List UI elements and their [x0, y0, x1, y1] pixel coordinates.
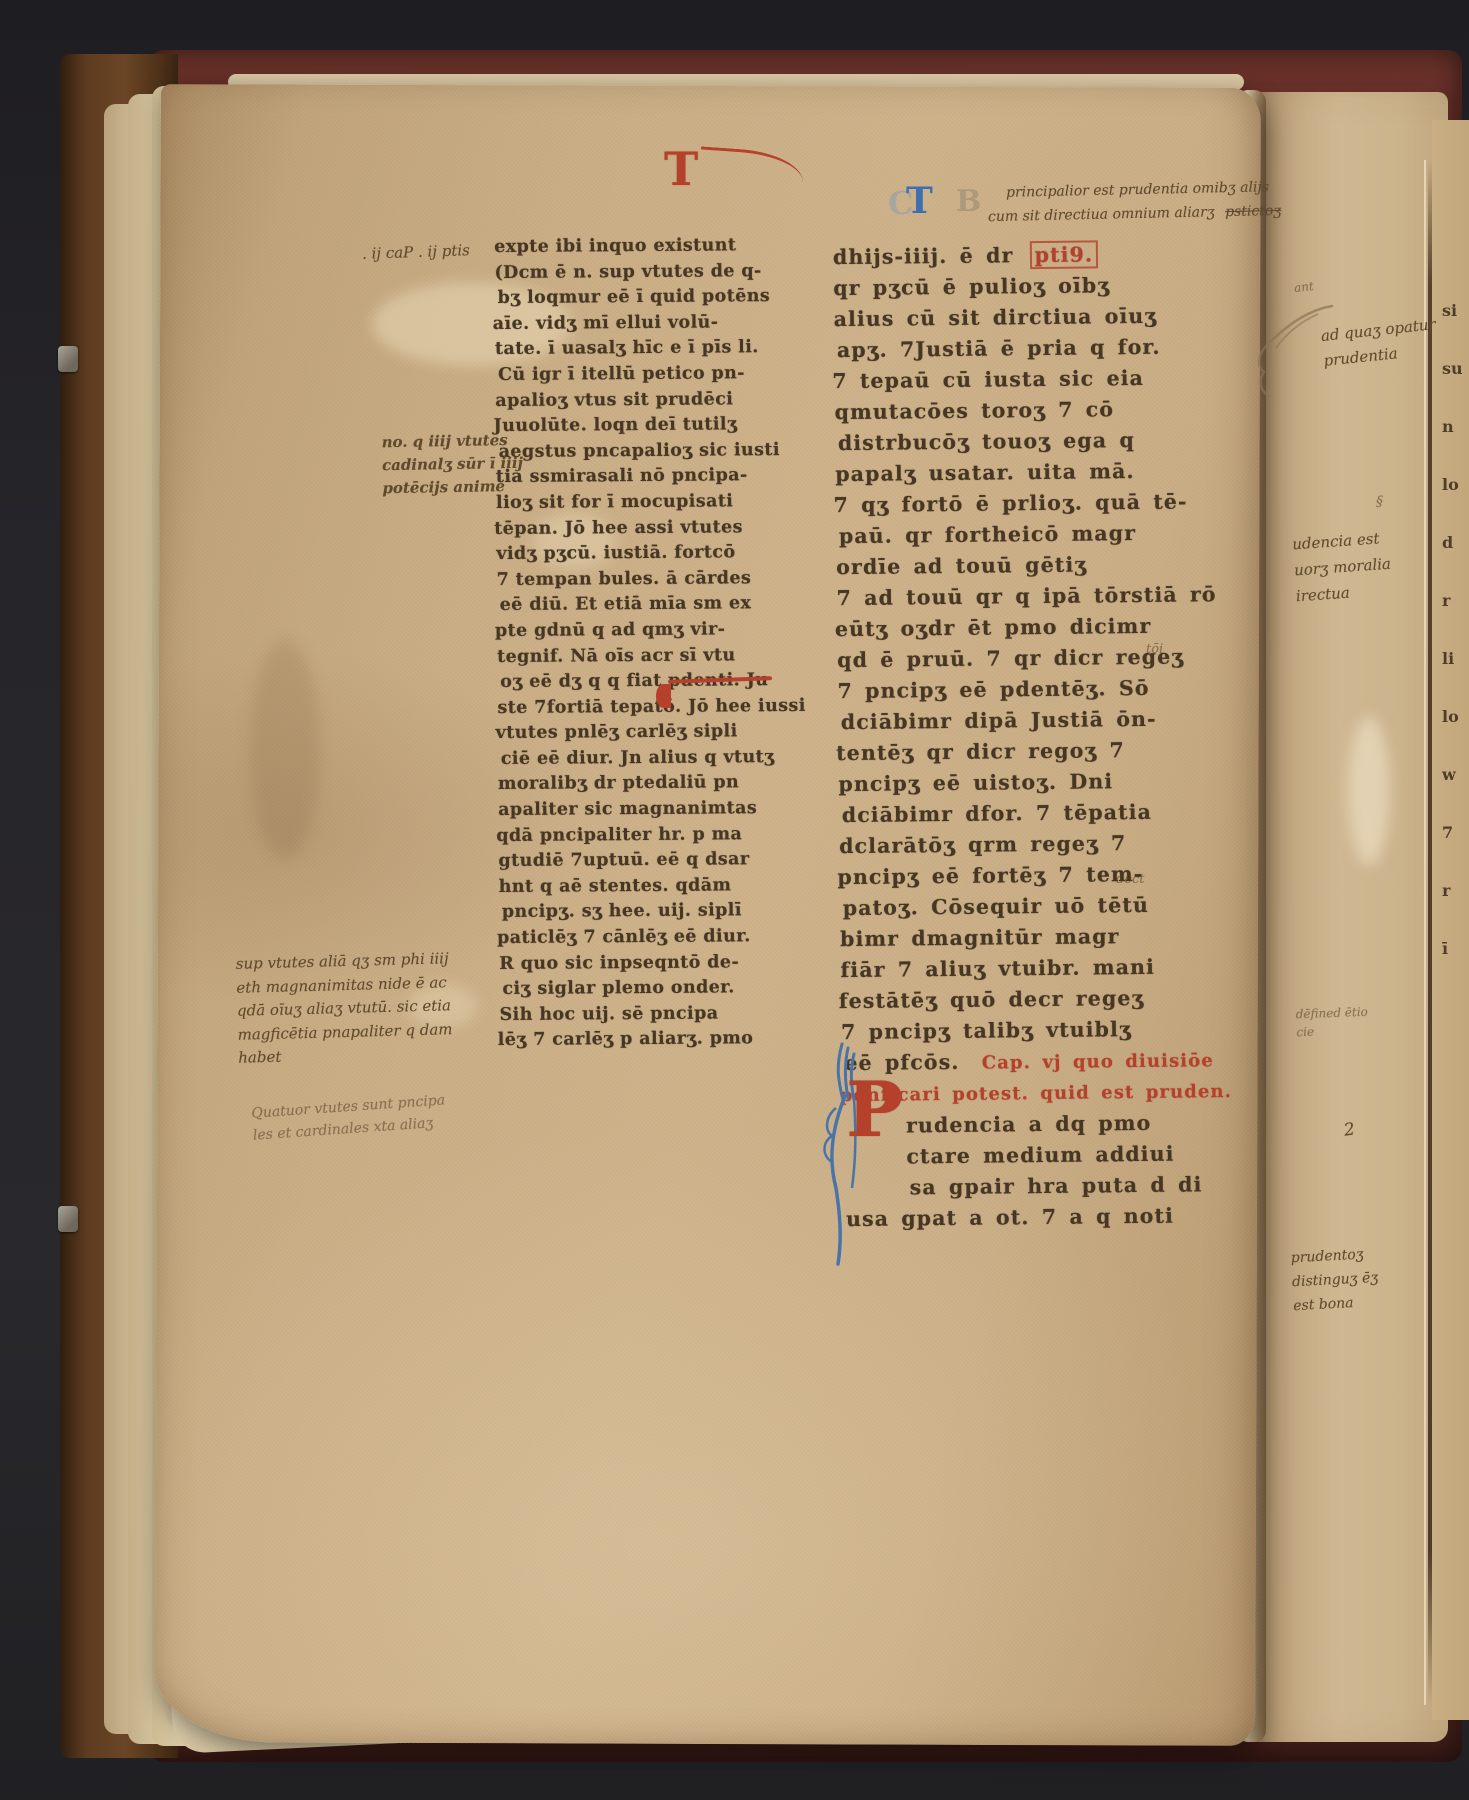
text-line: sa gpair hra puta d di: [846, 1169, 1253, 1204]
gloss-left-b: sup vtutes aliā qʒ sm phi iiijeth magnan…: [235, 947, 453, 1070]
text-line: alius cū sit dirctiua oīuʒ: [833, 300, 1243, 335]
text-line: expte ibi inquo existunt: [494, 233, 786, 261]
gloss-line: dēfined ētio: [1295, 1003, 1368, 1024]
gloss-right-2: udencia estuorʒ moraliairectua: [1291, 525, 1393, 610]
text-line: apʒ. 7Justiā ē pria q for.: [837, 331, 1244, 366]
strip-letter: d: [1442, 514, 1463, 572]
text-line: dciābimr dipā Justiā ōn-: [841, 703, 1248, 738]
strip-letter: r: [1442, 572, 1463, 630]
text-line: 7 tepaū cū iusta sic eia: [832, 362, 1244, 397]
text-line: bimr dmagnitūr magr: [840, 920, 1250, 955]
text-line: Cū igr ī itellū petico pn-: [498, 361, 787, 389]
text-line: qmutacōes toroʒ 7 cō: [834, 393, 1244, 428]
text-line: 7 qʒ fortō ē prlioʒ. quā tē-: [833, 486, 1245, 521]
ghost-initial-right: B: [956, 184, 981, 219]
gloss-right-3: dēfined ētiocie: [1295, 1003, 1368, 1041]
text-line: lioʒ sit for ī mocupisati: [496, 489, 788, 517]
text-line: papalʒ usatar. uita mā.: [835, 455, 1245, 490]
text-line: 7 tempan bules. ā cārdes: [496, 566, 788, 594]
text-line: 7 pncipʒ eē pdentēʒ. Sō: [837, 672, 1247, 707]
prudencia-paragraph: rudencia a dq pmoctare medium addiuisa g…: [842, 1107, 1253, 1204]
text-line: 7 pncipʒ talibʒ vtuiblʒ: [841, 1013, 1251, 1048]
strip-letter: 7: [1442, 804, 1463, 862]
text-line: tentēʒ qr dicr regoʒ 7: [836, 734, 1248, 769]
metal-clasp: [58, 1206, 78, 1232]
page-edge-highlight: [1424, 160, 1426, 1705]
gloss-line: est bona: [1293, 1290, 1380, 1318]
text-line: ctare medium addiui: [842, 1138, 1252, 1173]
text-line: aīe. vidʒ mī ellui volū-: [493, 310, 787, 338]
blue-header-initial: T: [906, 180, 933, 222]
gloss-right-4: prudentoʒdistinguʒ ēʒest bona: [1290, 1242, 1380, 1318]
gloss-line: distinguʒ ēʒ: [1291, 1266, 1378, 1294]
text-line: vidʒ pʒcū. iustiā. fortcō: [496, 540, 788, 568]
strip-letter: w: [1442, 746, 1463, 804]
column2-body: qr pʒcū ē pulioʒ oībʒalius cū sit dircti…: [833, 269, 1251, 1048]
text-line: fiār 7 aliuʒ vtuibr. mani: [840, 951, 1250, 986]
text-line: tate. ī uasalʒ hīc e ī pīs li.: [495, 335, 787, 363]
strip-letter: r: [1442, 862, 1463, 920]
text-line: lēʒ 7 carlēʒ p aliarʒ. pmo: [498, 1026, 792, 1054]
text-line: vtutes pnlēʒ carlēʒ sipli: [496, 719, 790, 747]
page-edge-line: [1428, 160, 1432, 1705]
text-line: pncipʒ. sʒ hee. uij. siplī: [502, 898, 791, 926]
text-line: apalioʒ vtus sit prudēci: [495, 387, 787, 415]
text-line: bʒ loqmur eē ī quid potēns: [498, 284, 787, 312]
text-line: Juuolūte. loqn deī tutilʒ: [493, 412, 787, 440]
parchment-stain: [250, 640, 320, 860]
text-line: paū. qr fortheicō magr: [839, 517, 1246, 552]
text-line: 7 ad touū qr q ipā tōrstiā rō: [836, 579, 1246, 614]
text-line: usa gpat a ot. 7 a q noti: [846, 1200, 1253, 1235]
strip-letter: n: [1442, 398, 1463, 456]
text-line: distrbucōʒ touoʒ ega q: [838, 424, 1245, 459]
text-line: R quo sic inpseqntō de-: [499, 950, 791, 978]
red-boxed-word: pti9.: [1030, 240, 1099, 269]
chapter-note: . ij caP . ij ptis: [362, 241, 470, 263]
text-line: aegstus pncapalioʒ sic iusti: [499, 438, 788, 466]
text-line: dciābimr dfor. 7 tēpatia: [842, 796, 1249, 831]
photograph-background: T C T B principalior est prudentia omibʒ…: [0, 0, 1469, 1800]
red-paraph-icon: [656, 684, 671, 708]
rubric-inline: Cap. vj quo diuisiōe: [982, 1050, 1214, 1073]
text-line: ciʒ siglar plemo onder.: [502, 975, 791, 1003]
text-column-1: expte ibi inquo existunt(Dcm ē n. sup vt…: [494, 233, 792, 1054]
truncated-text-strip: sisunlodrlilow7rī: [1442, 282, 1463, 978]
text-line: hnt q aē stentes. qdām: [499, 873, 791, 901]
strip-letter: lo: [1442, 456, 1463, 514]
red-drop-cap: P: [846, 1072, 903, 1148]
text-line-with-rubric: eē pfcōs. Cap. vj quo diuisiōe: [844, 1044, 1251, 1080]
section-mark: §: [1376, 494, 1383, 510]
gloss-line: cie: [1296, 1021, 1369, 1042]
text-line: pte gdnū q ad qmʒ vir-: [495, 617, 789, 645]
text-line: festātēʒ quō decr regeʒ: [839, 982, 1251, 1017]
text-line: tēpan. Jō hee assi vtutes: [494, 515, 788, 543]
text-line: qdā pncipaliter hr. p ma: [496, 822, 790, 850]
text-line: oʒ eē dʒ q q fiat pdenti. Ju: [500, 668, 789, 696]
figure-mark: 2: [1343, 1119, 1357, 1140]
text-span: dhijs-iiij. ē dr: [833, 243, 1014, 269]
metal-clasp: [58, 346, 78, 372]
text-line: eūtʒ oʒdr ēt pmo dicimr: [835, 610, 1247, 645]
strip-letter: ī: [1442, 920, 1463, 978]
text-line: dhijs-iiij. ē dr pti9.: [833, 238, 1243, 273]
text-line: gtudiē 7uptuū. eē q dsar: [498, 847, 790, 875]
text-line: paticlēʒ 7 cānlēʒ eē diur.: [497, 924, 791, 952]
strip-letter: su: [1442, 340, 1463, 398]
text-line: rudencia a dq pmo: [842, 1107, 1252, 1142]
strip-letter: si: [1442, 282, 1463, 340]
red-header-initial: T: [664, 142, 698, 196]
text-line: patoʒ. Cōsequir uō tētū: [843, 889, 1250, 924]
text-line: ciē eē diur. Jn alius q vtutʒ: [501, 745, 790, 773]
text-line: eē diū. Et etiā mīa sm ex: [500, 591, 789, 619]
text-line: ordīe ad touū gētiʒ: [836, 548, 1246, 583]
text-line: tia ssmirasali nō pncipa-: [496, 463, 788, 491]
text-line: tegnif. Nā oīs acr sī vtu: [497, 642, 789, 670]
tiny-word: ant: [1293, 279, 1314, 295]
text-line: qd ē pruū. 7 qr dicr regeʒ: [837, 641, 1247, 676]
text-line: ste 7fortiā tepatō. Jō hee iussi: [497, 694, 789, 722]
text-line: moralibʒ dr ptedaliū pn: [498, 770, 790, 798]
parchment-stain: [1348, 716, 1390, 866]
text-line: dclarātōʒ qrm regeʒ 7: [839, 827, 1249, 862]
strip-letter: li: [1442, 630, 1463, 688]
text-line: pncipʒ eē fortēʒ 7 tem-: [837, 858, 1249, 893]
text-line: (Dcm ē n. sup vtutes de q-: [494, 259, 786, 287]
text-line: apaliter sic magnanimtas: [498, 796, 790, 824]
strip-letter: lo: [1442, 688, 1463, 746]
text-line: qr pʒcū ē pulioʒ oībʒ: [833, 269, 1243, 304]
struck-word: pstictoʒ: [1225, 203, 1281, 220]
text-line: Sih hoc uij. sē pncipa: [500, 1001, 792, 1029]
text-line: pncipʒ eē uistoʒ. Dni: [838, 765, 1248, 800]
